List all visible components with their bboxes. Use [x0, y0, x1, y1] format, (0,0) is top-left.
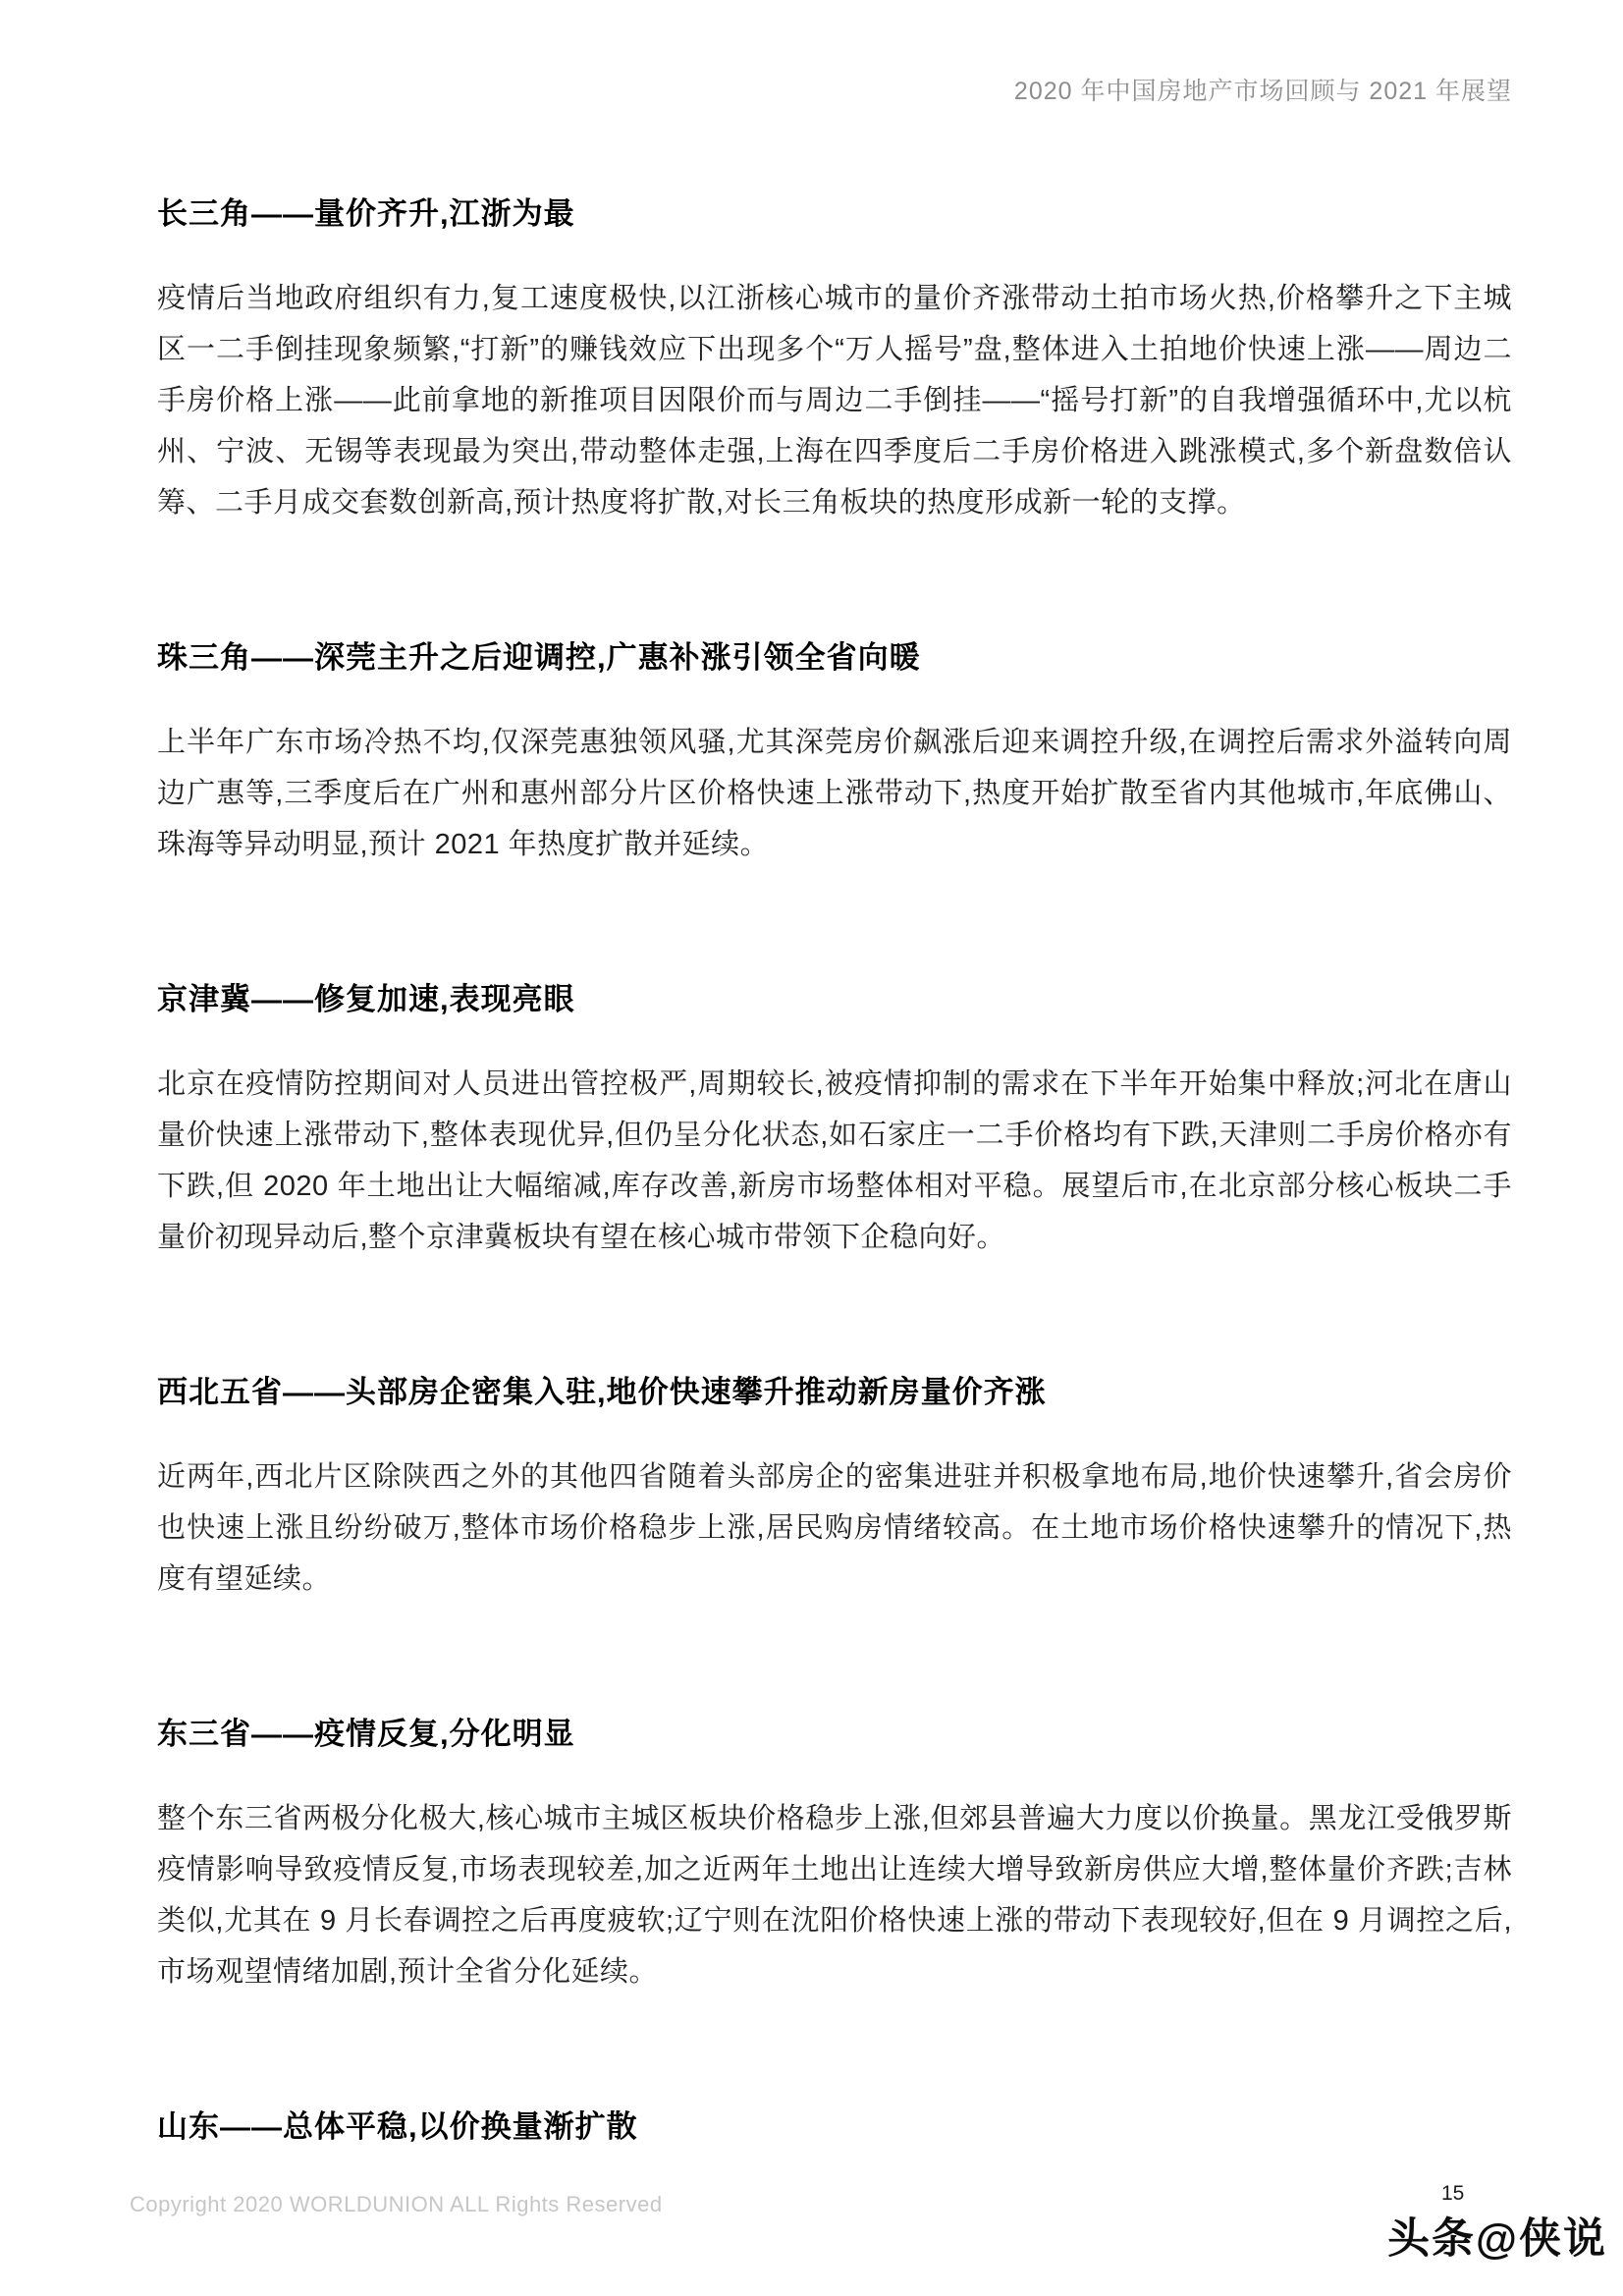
document-page: 2020 年中国房地产市场回顾与 2021 年展望 长三角——量价齐升,江浙为最… — [0, 0, 1623, 2296]
section-body: 北京在疫情防控期间对人员进出管控极严,周期较长,被疫情抑制的需求在下半年开始集中… — [157, 1059, 1512, 1263]
section-pearl-delta: 珠三角——深莞主升之后迎调控,广惠补涨引领全省向暖 上半年广东市场冷热不均,仅深… — [157, 638, 1512, 870]
section-shandong: 山东——总体平稳,以价换量渐扩散 — [157, 2107, 1512, 2147]
section-body: 疫情后当地政府组织有力,复工速度极快,以江浙核心城市的量价齐涨带动土拍市场火热,… — [157, 273, 1512, 528]
section-heading: 京津冀——修复加速,表现亮眼 — [157, 980, 1512, 1019]
section-heading: 东三省——疫情反复,分化明显 — [157, 1715, 1512, 1754]
section-heading: 西北五省——头部房企密集入驻,地价快速攀升推动新房量价齐涨 — [157, 1373, 1512, 1412]
watermark-toutiao: 头条@侠说 — [1387, 2206, 1607, 2266]
section-body: 近两年,西北片区除陕西之外的其他四省随着头部房企的密集进驻并积极拿地布局,地价快… — [157, 1451, 1512, 1605]
section-jingjinji: 京津冀——修复加速,表现亮眼 北京在疫情防控期间对人员进出管控极严,周期较长,被… — [157, 980, 1512, 1263]
footer-copyright: Copyright 2020 WORLDUNION ALL Rights Res… — [130, 2192, 663, 2217]
section-northeast: 东三省——疫情反复,分化明显 整个东三省两极分化极大,核心城市主城区板块价格稳步… — [157, 1715, 1512, 1997]
page-header-title: 2020 年中国房地产市场回顾与 2021 年展望 — [0, 72, 1512, 107]
page-content: 长三角——量价齐升,江浙为最 疫情后当地政府组织有力,复工速度极快,以江浙核心城… — [157, 194, 1512, 2147]
section-body: 整个东三省两极分化极大,核心城市主城区板块价格稳步上涨,但郊县普遍大力度以价换量… — [157, 1793, 1512, 1997]
section-heading: 珠三角——深莞主升之后迎调控,广惠补涨引领全省向暖 — [157, 638, 1512, 678]
section-heading: 长三角——量价齐升,江浙为最 — [157, 194, 1512, 234]
page-number: 15 — [1441, 2182, 1464, 2206]
section-heading: 山东——总体平稳,以价换量渐扩散 — [157, 2107, 1512, 2147]
section-yangtze-delta: 长三角——量价齐升,江浙为最 疫情后当地政府组织有力,复工速度极快,以江浙核心城… — [157, 194, 1512, 528]
section-body: 上半年广东市场冷热不均,仅深莞惠独领风骚,尤其深莞房价飙涨后迎来调控升级,在调控… — [157, 717, 1512, 870]
section-northwest: 西北五省——头部房企密集入驻,地价快速攀升推动新房量价齐涨 近两年,西北片区除陕… — [157, 1373, 1512, 1605]
